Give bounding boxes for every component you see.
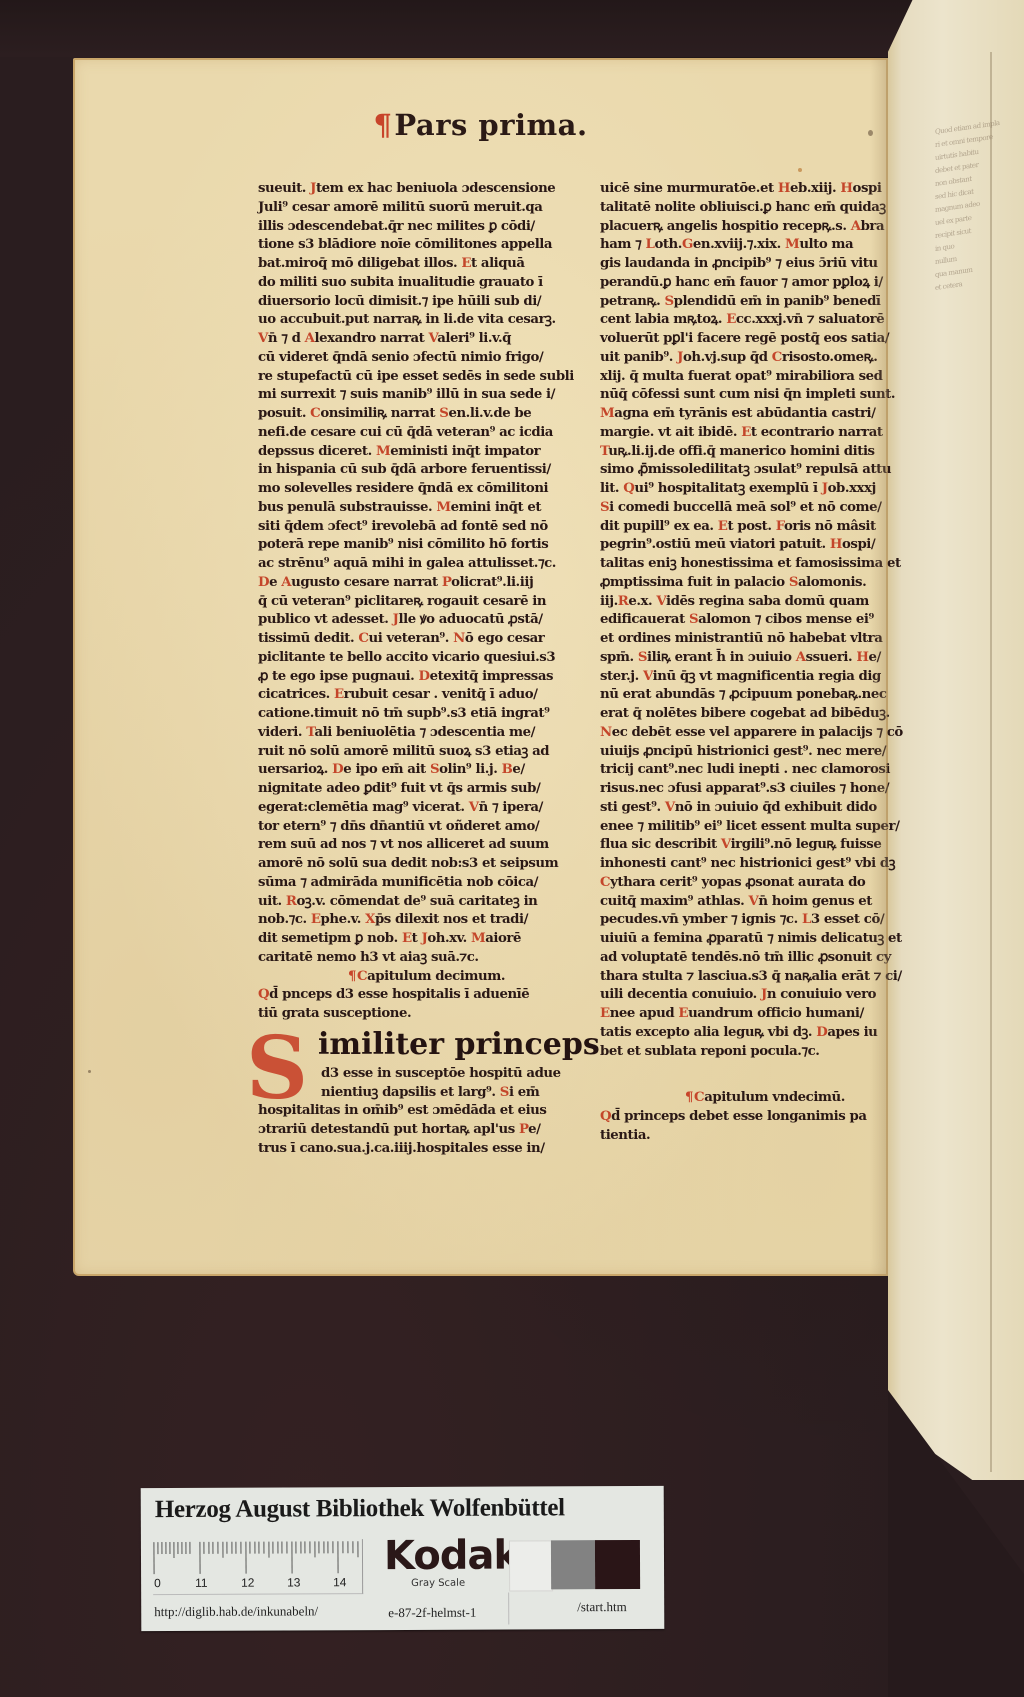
scan-backdrop-top <box>0 0 1024 57</box>
text-line: catione.timuit nō tm̄ supb⁹.s3 etiā ingr… <box>258 705 595 724</box>
text-line: cicatrices. Erubuit cesar . venitq̄ ī ad… <box>258 686 595 705</box>
text-line: siti q̄dem ɔfect⁹ irevolebā ad fontē sed… <box>258 518 595 537</box>
text-line: uo accubuit.put narraꝶ in li.de vita ces… <box>258 311 595 330</box>
text-line: rem suū ad nos ⁊ vt nos alliceret ad suu… <box>258 836 595 855</box>
foxing-spot <box>88 1070 91 1073</box>
chapter-heading-10: ¶Capitulum decimum. <box>258 968 595 987</box>
text-line: spm̄. Siliꝶ erant h̄ in ɔuiuio Assueri. … <box>600 649 930 668</box>
pilcrow-icon: ¶ <box>685 1090 693 1105</box>
swatch-black <box>595 1540 640 1589</box>
text-line: nefi.de cesare cui cū q̄dā veteran⁹ ac i… <box>258 424 595 443</box>
gray-scale-label: Gray Scale <box>411 1578 465 1589</box>
text-line: erat q̄ nolētes bibere cogebat ad bibēdu… <box>600 705 930 724</box>
text-line: videri. Tali beniuolētia ⁊ ɔdescentia me… <box>258 724 595 743</box>
chapter-summary: tientia. <box>600 1127 930 1146</box>
text-line: Nec debēt esse vel apparere in palacijs … <box>600 724 930 743</box>
ruler-label: 0 <box>154 1576 161 1590</box>
text-line: edificauerat Salomon ⁊ cibos mense ei⁹ <box>600 611 930 630</box>
text-line: iij.Re.x. Vidēs regina saba domū quam <box>600 593 930 612</box>
pilcrow-icon: ¶ <box>348 969 356 984</box>
text-line: Enee apud Euandrum officio humani/ <box>600 1005 930 1024</box>
chapter-heading-11: ¶Capitulum vndecimū. <box>600 1089 930 1108</box>
chapter-opening: S imiliter princeps <box>258 1028 595 1065</box>
text-line: thara stulta ⁊ lasciua.s3 q̄ naꝶalia erā… <box>600 968 930 987</box>
text-line: tricij cant⁹.nec ludi inepti . nec clamo… <box>600 761 930 780</box>
text-line: do militi suo subita inualitudie grauato… <box>258 274 595 293</box>
spacer <box>600 1061 930 1089</box>
text-line: bus penulā substrauisse. Memini inq̄t et <box>258 499 595 518</box>
digital-library-url: http://diglib.hab.de/inkunabeln/ <box>154 1603 318 1620</box>
text-line: nūq̄ cōfessi sunt cum nisi q̄n impleti s… <box>600 386 930 405</box>
url-suffix: /start.htm <box>577 1599 627 1615</box>
text-line: dit semetipm ꝑ nob. Et Joh.xv. Maiorē <box>258 930 595 949</box>
text-line: tor etern⁹ ⁊ dn̄s dn̄antiū vt oñderet am… <box>258 818 595 837</box>
chapter-summary: Qd̄ princeps debet esse longanimis pa <box>600 1108 930 1127</box>
text-line: pegrin⁹.ostiū meū viatori patuit. Hospi/ <box>600 536 930 555</box>
text-line: poterā repe manib⁹ nisi cōmilito hō fort… <box>258 536 595 555</box>
shelfmark: e-87-2f-helmst-1 <box>388 1605 476 1621</box>
text-line: gis laudanda in ꝓncipib⁹ ⁊ eius ɔ̄riū vi… <box>600 255 930 274</box>
ruler-label: 14 <box>333 1575 346 1589</box>
text-line: et ordines ministrantiū nō habebat vltra <box>600 630 930 649</box>
text-line: uit panib⁹. Joh.vj.sup q̄d Crisosto.omeꝶ… <box>600 349 930 368</box>
text-line: nientiuꝫ dapsilis et larg⁹. Si em̄ <box>258 1084 595 1103</box>
text-line: margie. vt ait ibidē. Et econtrario narr… <box>600 424 930 443</box>
text-line: talitatē nolite obliuisci.ꝑ hanc em̄ qui… <box>600 199 930 218</box>
text-line: Cythara cerit⁹ yopas ꝓsonat aurata do <box>600 874 930 893</box>
text-line: uiuiū a femina ꝓparatū ⁊ nimis delicatuꝫ… <box>600 930 930 949</box>
chapter-summary: tiū grata susceptione. <box>258 1005 595 1024</box>
text-line: cent labia mꝶtoꝝ. Ecc.xxxj.vn̄ ⁊ saluato… <box>600 311 930 330</box>
text-line: mi surrexit ⁊ suis manib⁹ illū in sua se… <box>258 386 595 405</box>
text-line: enee ⁊ militib⁹ ei⁹ licet essent multa s… <box>600 818 930 837</box>
book-page: ¶Pars prima. sueuit. Jtem ex hac beniuol… <box>73 58 888 1276</box>
text-line: xlij. q̄ multa fuerat opat⁹ mirabiliora … <box>600 368 930 387</box>
text-line: egerat:clemētia mag⁹ vicerat. Vn̄ ⁊ iper… <box>258 799 595 818</box>
kodak-logo: Kodak <box>384 1532 519 1579</box>
text-line: diuersorio locū dimisit.⁊ ipe hūili sub … <box>258 293 595 312</box>
library-name: Herzog August Bibliothek Wolfenbüttel <box>155 1494 655 1524</box>
text-line: Si comedi buccellā meā sol⁹ et nō come/ <box>600 499 930 518</box>
text-line: ac strēnu⁹ aquā mihi in galea attulisset… <box>258 555 595 574</box>
text-line: ham ⁊ Loth.Gen.xviij.⁊.xix. Multo ma <box>600 236 930 255</box>
text-line: tione s3 blādiore noīe cōmilitones appel… <box>258 236 595 255</box>
text-line: q̄ cū veteran⁹ piclitareꝶ rogauit cesarē… <box>258 593 595 612</box>
text-line: bat.miroq̄ mō diligebat illos. Et aliquā <box>258 255 595 274</box>
text-line: dit pupill⁹ ex ea. Et post. Foris nō mâs… <box>600 518 930 537</box>
text-line: Vn̄ ⁊ d Alexandro narrat Valeri⁹ li.v.q̄ <box>258 330 595 349</box>
decorated-initial: S <box>246 1026 308 1112</box>
text-line: Juli⁹ cesar amorē militū suorū meruit.qa <box>258 199 595 218</box>
ruler-label: 12 <box>241 1576 254 1590</box>
foxing-spot <box>798 168 802 172</box>
text-line: inhonesti cant⁹ nec histrionici gest⁹ vb… <box>600 855 930 874</box>
opening-words: imiliter princeps <box>318 1027 600 1062</box>
text-line: placuerꝶ angelis hospitio recepꝶ.s. Abra <box>600 218 930 237</box>
text-line: nignitate adeo ꝑdit⁹ fuit vt q̄s armis s… <box>258 780 595 799</box>
swatch-gray <box>551 1540 595 1589</box>
text-line: illis ɔdescendebat.q̄r nec milites ꝑ cōd… <box>258 218 595 237</box>
text-line: d3 esse in susceptōe hospitū adue <box>258 1065 595 1084</box>
text-line: hospitalitas in om̄ib⁹ est ɔmēdāda et ei… <box>258 1102 595 1121</box>
text-line: sueuit. Jtem ex hac beniuola ɔdescension… <box>258 180 595 199</box>
text-line: ꝓ te ego ipse pugnaui. Detexitq̄ impress… <box>258 668 595 687</box>
text-line: tatis excepto alia leguꝶ vbi dꝫ. Dapes i… <box>600 1024 930 1043</box>
measuring-ruler: 0 11 12 13 14 <box>153 1539 363 1595</box>
text-line: ruit nō solū amorē militū suoꝝ s3 etiaꝫ … <box>258 743 595 762</box>
text-line: ster.j. Vinū q̄ꝫ vt magnificentia regia … <box>600 668 930 687</box>
text-line: perandū.ꝑ hanc em̄ fauor ⁊ amor pꝑloꝝ i/ <box>600 274 930 293</box>
chapter-summary: Qd̄ pnceps d3 esse hospitalis ī aduenīē <box>258 986 595 1005</box>
text-line: flua sic describit Virgili⁹.nō leguꝶ fui… <box>600 836 930 855</box>
text-line: nob.⁊c. Ephe.v. Xp̄s dilexit nos et trad… <box>258 911 595 930</box>
text-line: Tuꝶ.li.ij.de offi.q̄ manerico homini dit… <box>600 443 930 462</box>
ruler-label: 13 <box>287 1575 300 1589</box>
text-line: voluerūt pꝑl'i facere regē postq̄ eos sa… <box>600 330 930 349</box>
text-line: sti gest⁹. Vnō in ɔuiuio q̄d exhibuit di… <box>600 799 930 818</box>
text-line: re stupefactū cū ipe esset sedēs in sede… <box>258 368 595 387</box>
ruler-label: 11 <box>195 1576 208 1590</box>
pilcrow-icon: ¶ <box>373 108 392 142</box>
text-line: bet et sublata reponi pocula.⁊c. <box>600 1043 930 1062</box>
text-line: uit. Roꝫ.v. cōmendat de⁹ suā caritateꝫ i… <box>258 893 595 912</box>
text-column-left: sueuit. Jtem ex hac beniuola ɔdescension… <box>258 180 595 1159</box>
text-line: ɔtrariū detestandū put hortaꝶ apl'us Pe/ <box>258 1121 595 1140</box>
text-line: petranꝶ. Splendidū em̄ in panib⁹ benedī <box>600 293 930 312</box>
text-line: De Augusto cesare narrat Policrat⁹.li.ii… <box>258 574 595 593</box>
text-line: simo ꝓ̄missoledilitatꝫ ɔsulat⁹ repulsā a… <box>600 461 930 480</box>
text-line: depssus diceret. Meministi inq̄t impator <box>258 443 595 462</box>
text-line: ad voluptatē tendēs.nō tm̄ illic ꝓsonuit… <box>600 949 930 968</box>
text-column-right: uicē sine murmuratōe.et Heb.xiij. Hospi … <box>600 180 930 1146</box>
text-line: posuit. Consimiliꝶ narrat Sen.li.v.de be <box>258 405 595 424</box>
text-line: uersarioꝝ. De ipo em̄ ait Solin⁹ li.j. B… <box>258 761 595 780</box>
swatch-white <box>509 1540 553 1591</box>
text-line: uiuijs ꝓncipū histrionici gest⁹. nec mer… <box>600 743 930 762</box>
running-head: ¶Pars prima. <box>73 108 888 142</box>
text-line: lit. Qui⁹ hospitalitatꝫ exemplū ī Job.xx… <box>600 480 930 499</box>
text-line: uili decentia conuiuio. Jn conuiuio vero <box>600 986 930 1005</box>
text-line: amorē nō solū sua dedit nob:s3 et seipsu… <box>258 855 595 874</box>
text-line: in hispania cū sub q̄dā arbore feruentis… <box>258 461 595 480</box>
text-line: talitas eniꝫ honestissima et famosissima… <box>600 555 930 574</box>
text-line: publico vt adesset. Jlle ꝟo aduocatū ꝓst… <box>258 611 595 630</box>
text-line: uicē sine murmuratōe.et Heb.xiij. Hospi <box>600 180 930 199</box>
running-head-title: Pars prima. <box>394 108 587 142</box>
ruler-ticks-icon <box>153 1539 362 1576</box>
text-line: cuitq̄ maxim⁹ athlas. Vn̄ hoim genus et <box>600 893 930 912</box>
text-line: nū erat abundās ⁊ ꝓcipuum ponebaꝶ.nec <box>600 686 930 705</box>
card-divider <box>508 1593 509 1625</box>
text-line: risus.nec ɔfusi apparat⁹.s3 ciuiles ⁊ ho… <box>600 780 930 799</box>
text-line: cū videret q̄ndā senio ɔfectū nimio frig… <box>258 349 595 368</box>
text-line: piclitante te bello accito vicario quesi… <box>258 649 595 668</box>
text-line: sūma ⁊ admirāda munificētia nob cōica/ <box>258 874 595 893</box>
text-line: ꝓmptissima fuit in palacio Salomonis. <box>600 574 930 593</box>
text-line: tissimū dedit. Cui veteran⁹. Nō ego cesa… <box>258 630 595 649</box>
text-line: Magna em̄ tyrānis est abūdantia castri/ <box>600 405 930 424</box>
calibration-card: Herzog August Bibliothek Wolfenbüttel 0 … <box>141 1486 665 1631</box>
text-line: mo solevelles residere q̄ndā ex cōmilito… <box>258 480 595 499</box>
text-line: caritatē nemo h3 vt aiaꝫ suā.⁊c. <box>258 949 595 968</box>
adjacent-leaf-text: Quod etiam ad impla ri et omni tempore u… <box>935 114 1020 1276</box>
text-line: trus ī cano.sua.j.ca.iiij.hospitales ess… <box>258 1140 595 1159</box>
text-line: pecudes.vn̄ ymber ⁊ ignis ⁊c. L3 esset c… <box>600 911 930 930</box>
